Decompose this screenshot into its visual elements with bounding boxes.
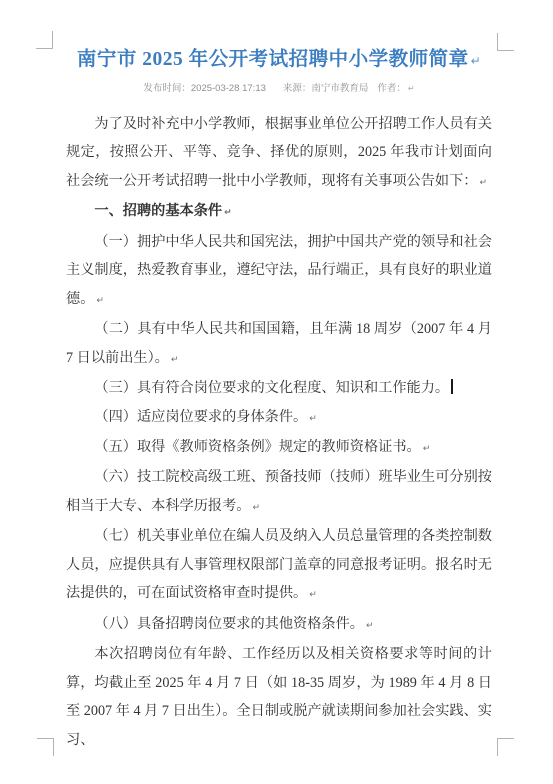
author: 作者： xyxy=(377,83,406,94)
paragraph-item-6[interactable]: （六）技工院校高级工班、预备技师（技师）班毕业生可分别按相当于大专、本科学历报考… xyxy=(66,463,492,522)
paragraph-mark-icon: ↵ xyxy=(366,621,374,631)
paragraph-item-3[interactable]: （三）具有符合岗位要求的文化程度、知识和工作能力。 xyxy=(66,374,492,402)
paragraph-item-5[interactable]: （五）取得《教师资格条例》规定的教师资格证书。↵ xyxy=(66,433,492,463)
paragraph-mark-icon: ↵ xyxy=(471,54,482,68)
document-title-text: 南宁市 2025 年公开考试招聘中小学教师简章 xyxy=(77,49,469,70)
paragraph-mark-icon: ↵ xyxy=(171,355,179,365)
source: 来源：南宁市教育局 xyxy=(283,83,369,94)
crop-mark-top-left-icon xyxy=(36,31,53,49)
publish-time: 发布时间：2025-03-28 17:13 xyxy=(143,83,266,94)
paragraph-text: （五）取得《教师资格条例》规定的教师资格证书。 xyxy=(94,439,420,455)
document-title: 南宁市 2025 年公开考试招聘中小学教师简章↵ xyxy=(66,46,492,75)
section-heading-basic-conditions[interactable]: 一、招聘的基本条件↵ xyxy=(66,197,492,227)
heading-text: 一、招聘的基本条件 xyxy=(94,203,222,219)
paragraph-item-2[interactable]: （二）具有中华人民共和国国籍，且年满 18 周岁（2007 年 4 月 7 日以… xyxy=(66,315,492,374)
paragraph-mark-icon: ↵ xyxy=(408,84,415,93)
paragraph-text: （二）具有中华人民共和国国籍，且年满 18 周岁（2007 年 4 月 7 日以… xyxy=(66,321,492,365)
paragraph-mark-icon: ↵ xyxy=(309,414,317,424)
paragraph-item-4[interactable]: （四）适应岗位要求的身体条件。↵ xyxy=(66,403,492,433)
paragraph-mark-icon: ↵ xyxy=(96,296,104,306)
paragraph-text: （七）机关事业单位在编人员及纳入人员总量管理的各类控制数人员，应提供具有人事管理… xyxy=(66,528,492,601)
document-content: 南宁市 2025 年公开考试招聘中小学教师简章↵ 发布时间：2025-03-28… xyxy=(66,46,492,754)
paragraph-mark-icon: ↵ xyxy=(479,178,487,188)
paragraph-item-1[interactable]: （一）拥护中华人民共和国宪法，拥护中国共产党的领导和社会主义制度，热爱教育事业，… xyxy=(66,228,492,315)
crop-mark-top-right-icon xyxy=(497,33,514,51)
text-cursor xyxy=(451,379,453,394)
paragraph-mark-icon: ↵ xyxy=(309,590,317,600)
document-page: 南宁市 2025 年公开考试招聘中小学教师简章↵ 发布时间：2025-03-28… xyxy=(0,0,553,784)
document-body: 为了及时补充中小学教师，根据事业单位公开招聘工作人员有关规定，按照公开、平等、竞… xyxy=(66,110,492,754)
paragraph-text: （三）具有符合岗位要求的文化程度、知识和工作能力。 xyxy=(94,380,449,396)
paragraph-text: 本次招聘岗位有年龄、工作经历以及相关资格要求等时间的计算，均截止至 2025 年… xyxy=(66,646,492,747)
crop-mark-bottom-right-icon xyxy=(497,738,514,756)
paragraph-deadline-note[interactable]: 本次招聘岗位有年龄、工作经历以及相关资格要求等时间的计算，均截止至 2025 年… xyxy=(66,640,492,754)
crop-mark-bottom-left-icon xyxy=(37,738,54,756)
paragraph-text: 为了及时补充中小学教师，根据事业单位公开招聘工作人员有关规定，按照公开、平等、竞… xyxy=(66,116,492,189)
meta-line: 发布时间：2025-03-28 17:13来源：南宁市教育局作者：↵ xyxy=(66,82,492,95)
paragraph-item-8[interactable]: （八）具备招聘岗位要求的其他资格条件。↵ xyxy=(66,610,492,640)
paragraph-mark-icon: ↵ xyxy=(252,503,260,513)
paragraph-text: （一）拥护中华人民共和国宪法，拥护中国共产党的领导和社会主义制度，热爱教育事业，… xyxy=(66,234,492,307)
paragraph-mark-icon: ↵ xyxy=(423,444,431,454)
paragraph-intro[interactable]: 为了及时补充中小学教师，根据事业单位公开招聘工作人员有关规定，按照公开、平等、竞… xyxy=(66,110,492,197)
paragraph-text: （四）适应岗位要求的身体条件。 xyxy=(94,409,307,425)
paragraph-text: （六）技工院校高级工班、预备技师（技师）班毕业生可分别按相当于大专、本科学历报考… xyxy=(66,469,492,513)
paragraph-item-7[interactable]: （七）机关事业单位在编人员及纳入人员总量管理的各类控制数人员，应提供具有人事管理… xyxy=(66,522,492,609)
paragraph-mark-icon: ↵ xyxy=(224,208,232,218)
paragraph-text: （八）具备招聘岗位要求的其他资格条件。 xyxy=(94,616,364,632)
